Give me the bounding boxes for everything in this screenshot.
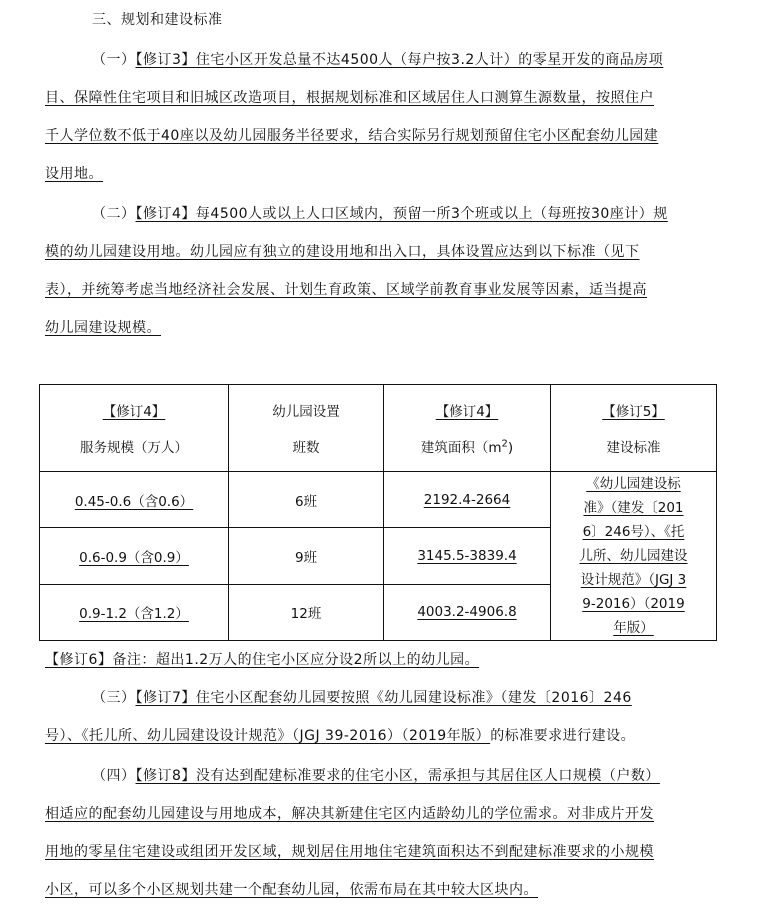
paragraph-prefix: （一） <box>92 52 136 68</box>
section-heading: 三、规划和建设标准 <box>92 10 223 30</box>
table-note: 【修订6】备注：超出1.2万人的住宅小区应分设2所以上的幼儿园。 <box>45 650 479 670</box>
standard-line: 6〕246号）、《托 <box>583 524 685 540</box>
header-label: 班数 <box>293 440 320 456</box>
header-building-standard: 【修订5】 建设标准 <box>551 385 717 472</box>
header-floor-area: 【修订4】 建筑面积（m2) <box>384 385 551 472</box>
revision-text: 【修订8】没有达到配建标准要求的住宅小区，需承担与其居住区人口规模（户数） <box>136 768 660 784</box>
header-label-end: ) <box>508 440 513 456</box>
revision-text: 相适应的配套幼儿园建设与用地成本，解决其新建住宅区内适龄幼儿的学位需求。对非成片… <box>45 804 654 824</box>
header-class-count: 幼儿园设置 班数 <box>229 385 384 472</box>
revision-text: 千人学位数不低于40座以及幼儿园服务半径要求，结合实际另行规划预留住宅小区配套幼… <box>45 126 658 146</box>
paragraph-prefix: （三） <box>92 690 136 706</box>
revision-tag: 【修订5】 <box>551 400 716 420</box>
floor-area-cell: 3145.5-3839.4 <box>417 548 516 564</box>
revision-text: 【修订3】住宅小区开发总量不达4500人（每户按3.2人计）的零星开发的商品房项 <box>136 52 664 68</box>
table-header-row: 【修订4】 服务规模（万人） 幼儿园设置 班数 【修订4】 建筑面积（m2) 【… <box>40 385 717 472</box>
standard-line: 准》（建发〔201 <box>583 500 683 516</box>
revision-text: 号）、《托儿所、幼儿园建设设计规范》（JGJ 39-2016）（2019年版） <box>45 728 490 744</box>
revision-text: 【修订4】每4500人或以上人口区域内，预留一所3个班或以上（每班按30座计）规 <box>136 206 668 222</box>
table-row: 0.45-0.6（含0.6） 6班 2192.4-2664 《幼儿园建设标 准》… <box>40 472 717 528</box>
paragraph-prefix: （二） <box>92 206 136 222</box>
plain-text: 的标准要求进行建设。 <box>490 728 635 744</box>
floor-area-cell: 4003.2-4906.8 <box>417 604 516 620</box>
revision-tag: 【修订4】 <box>384 400 550 420</box>
class-count-cell: 6班 <box>295 494 317 510</box>
paragraph-prefix: （四） <box>92 768 136 784</box>
class-count-cell: 9班 <box>295 550 317 566</box>
revision-text: 【修订7】住宅小区配套幼儿园要按照《幼儿园建设标准》（建发〔2016〕246 <box>136 690 632 706</box>
standard-line: 《幼儿园建设标 <box>586 476 681 492</box>
revision-text: 小区，可以多个小区规划共建一个配套幼儿园，依需布局在其中较大区块内。 <box>45 880 538 900</box>
kindergarten-standards-table: 【修订4】 服务规模（万人） 幼儿园设置 班数 【修订4】 建筑面积（m2) 【… <box>39 384 717 641</box>
revision-text: 目、保障性住宅项目和旧城区改造项目，根据规划标准和区域居住人口测算生源数量，按照… <box>45 88 654 108</box>
service-scale-cell: 0.9-1.2（含1.2） <box>79 606 189 622</box>
standard-line: 9-2016）（2019 <box>582 596 684 612</box>
class-count-cell: 12班 <box>291 606 322 622</box>
header-label: 服务规模（万人） <box>80 440 188 456</box>
header-service-scale: 【修订4】 服务规模（万人） <box>40 385 229 472</box>
revision-tag: 【修订4】 <box>40 400 228 420</box>
revision-text: 幼儿园建设规模。 <box>45 318 161 338</box>
service-scale-cell: 0.6-0.9（含0.9） <box>79 550 189 566</box>
standard-line: 儿所、幼儿园建设 <box>580 548 688 564</box>
revision-text: 模的幼儿园建设用地。幼儿园应有独立的建设用地和出入口，具体设置应达到以下标准（见… <box>45 242 640 262</box>
revision-text: 用地的零星住宅建设或组团开发区域，规划居住用地住宅建筑面积达不到配建标准要求的小… <box>45 842 654 862</box>
floor-area-cell: 2192.4-2664 <box>424 492 510 508</box>
revision-text: 表），并统筹考虑当地经济社会发展、计划生育政策、区域学前教育事业发展等因素，适当… <box>45 280 647 300</box>
header-label: 建筑面积（m <box>421 440 502 456</box>
revision-text: 设用地。 <box>45 164 103 184</box>
standard-line: 设计规范》（JGJ 3 <box>581 572 687 588</box>
standard-line: 年版） <box>613 620 654 636</box>
header-label: 建设标准 <box>607 440 661 456</box>
service-scale-cell: 0.45-0.6（含0.6） <box>75 494 193 510</box>
building-standard-cell: 《幼儿园建设标 准》（建发〔201 6〕246号）、《托 儿所、幼儿园建设 设计… <box>551 472 717 641</box>
header-label-top: 幼儿园设置 <box>229 400 383 420</box>
